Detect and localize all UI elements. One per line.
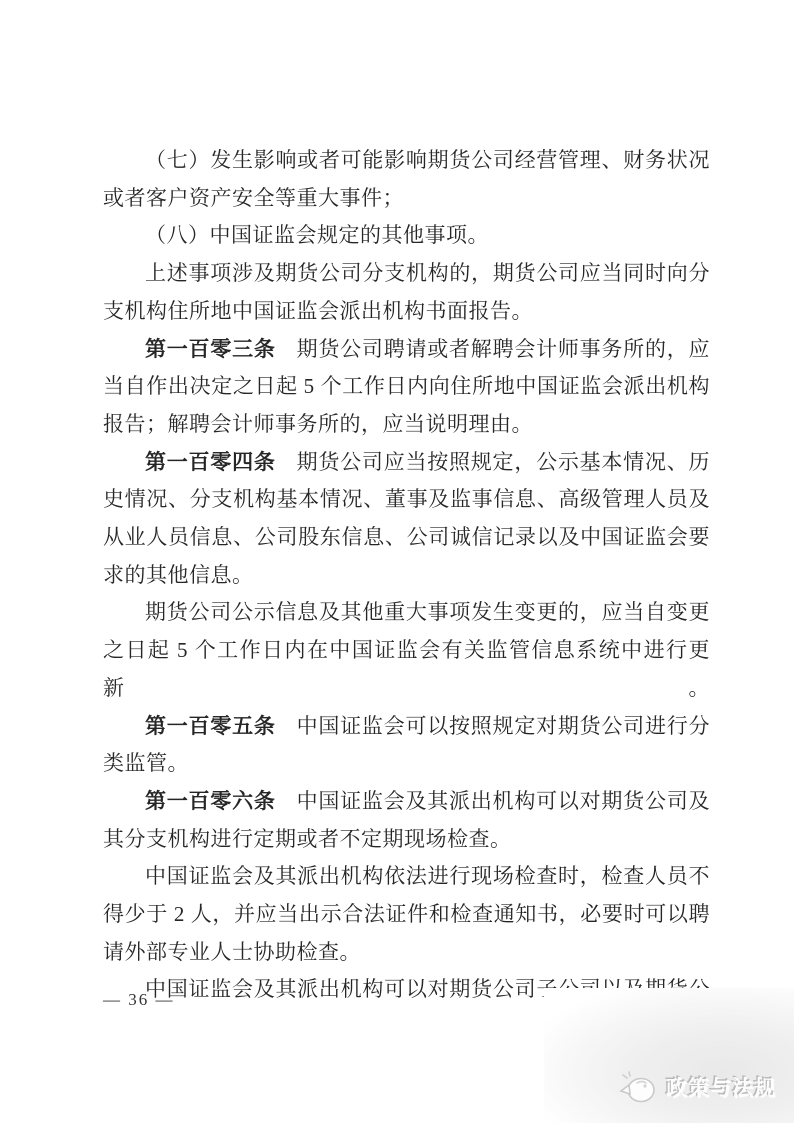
text-line: 第一百零三条期货公司聘请或者解聘会计师事务所的，应 — [103, 331, 710, 369]
text-line: 求的其他信息。 — [103, 557, 710, 595]
text-line: 类监管。 — [103, 745, 710, 783]
text-line: 史情况、分支机构基本情况、董事及监事信息、高级管理人员及 — [103, 481, 710, 519]
text-line: 得少于 2 人，并应当出示合法证件和检查通知书，必要时可以聘 — [103, 896, 710, 934]
text-line: 报告；解聘会计师事务所的，应当说明理由。 — [103, 406, 710, 444]
text-line: 当自作出决定之日起 5 个工作日内向住所地中国证监会派出机构 — [103, 368, 710, 406]
text-line: 中国证监会及其派出机构依法进行现场检查时，检查人员不 — [103, 858, 710, 896]
text-line: 其分支机构进行定期或者不定期现场检查。 — [103, 821, 710, 859]
text-line: （七）发生影响或者可能影响期货公司经营管理、财务状况 — [103, 142, 710, 180]
article-number: 第一百零五条 — [145, 714, 276, 738]
text-line: 从业人员信息、公司股东信息、公司诚信记录以及中国证监会要 — [103, 519, 710, 557]
page-footer: — 36 — — [103, 990, 175, 1010]
text-line: 第一百零六条中国证监会及其派出机构可以对期货公司及 — [103, 783, 710, 821]
text-line: 第一百零四条期货公司应当按照规定，公示基本情况、历 — [103, 444, 710, 482]
watermark: 政策与法规 — [617, 1069, 776, 1105]
article-number: 第一百零六条 — [145, 789, 276, 813]
document-page: （七）发生影响或者可能影响期货公司经营管理、财务状况或者客户资产安全等重大事件；… — [0, 0, 794, 1123]
article-number: 第一百零三条 — [145, 337, 276, 361]
text-line: 第一百零五条中国证监会可以按照规定对期货公司进行分 — [103, 708, 710, 746]
text-line: 期货公司公示信息及其他重大事项发生变更的，应当自变更 — [103, 594, 710, 632]
text-line: 支机构住所地中国证监会派出机构书面报告。 — [103, 293, 710, 331]
text-line: 上述事项涉及期货公司分支机构的，期货公司应当同时向分 — [103, 255, 710, 293]
text-line: 之日起 5 个工作日内在中国证监会有关监管信息系统中进行更新。 — [103, 632, 710, 707]
page-number: — 36 — — [103, 990, 175, 1009]
text-line: 或者客户资产安全等重大事件； — [103, 180, 710, 218]
text-line: （八）中国证监会规定的其他事项。 — [103, 217, 710, 255]
article-number: 第一百零四条 — [145, 450, 276, 474]
penguin-logo-icon — [617, 1069, 659, 1105]
document-body: （七）发生影响或者可能影响期货公司经营管理、财务状况或者客户资产安全等重大事件；… — [103, 142, 710, 1009]
watermark-label: 政策与法规 — [666, 1072, 776, 1102]
text-line: 请外部专业人士协助检查。 — [103, 934, 710, 972]
